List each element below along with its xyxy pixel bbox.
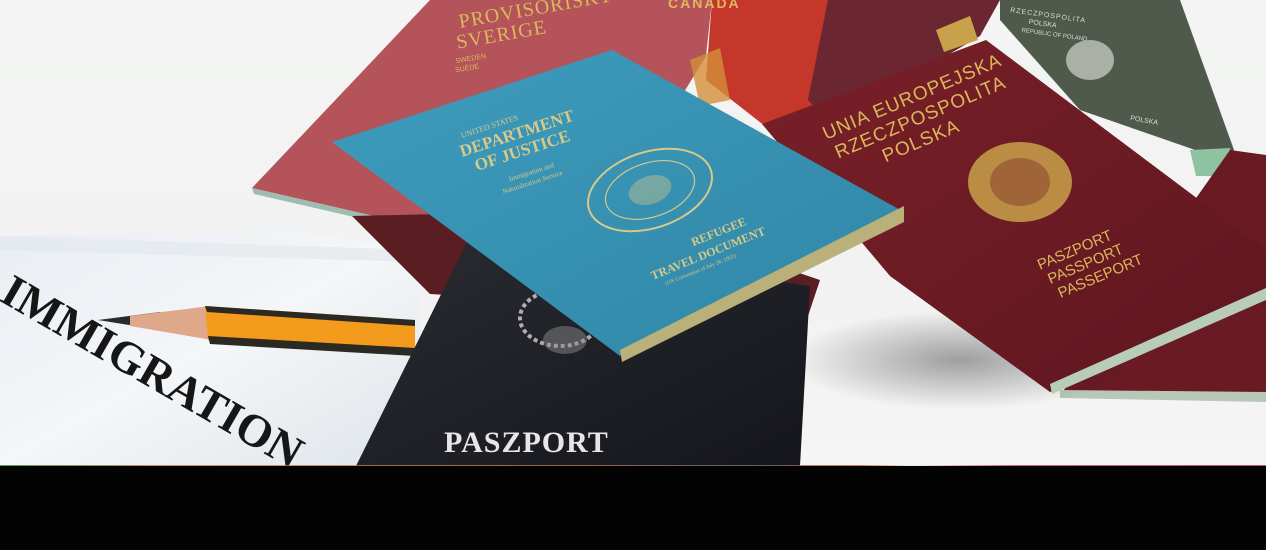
gold-eagle-emblem xyxy=(968,142,1072,222)
passport-collage: IMMIGRATION PROVISORISKT PASS SVERIGE SW… xyxy=(0,0,1266,466)
bottom-black-bar xyxy=(0,466,1266,550)
passport-banner-image: IMMIGRATION PROVISORISKT PASS SVERIGE SW… xyxy=(0,0,1266,466)
white-eagle-emblem xyxy=(1066,40,1114,80)
canada-title: CANADA xyxy=(668,0,741,11)
black-passport-title: PASZPORT xyxy=(444,426,609,459)
